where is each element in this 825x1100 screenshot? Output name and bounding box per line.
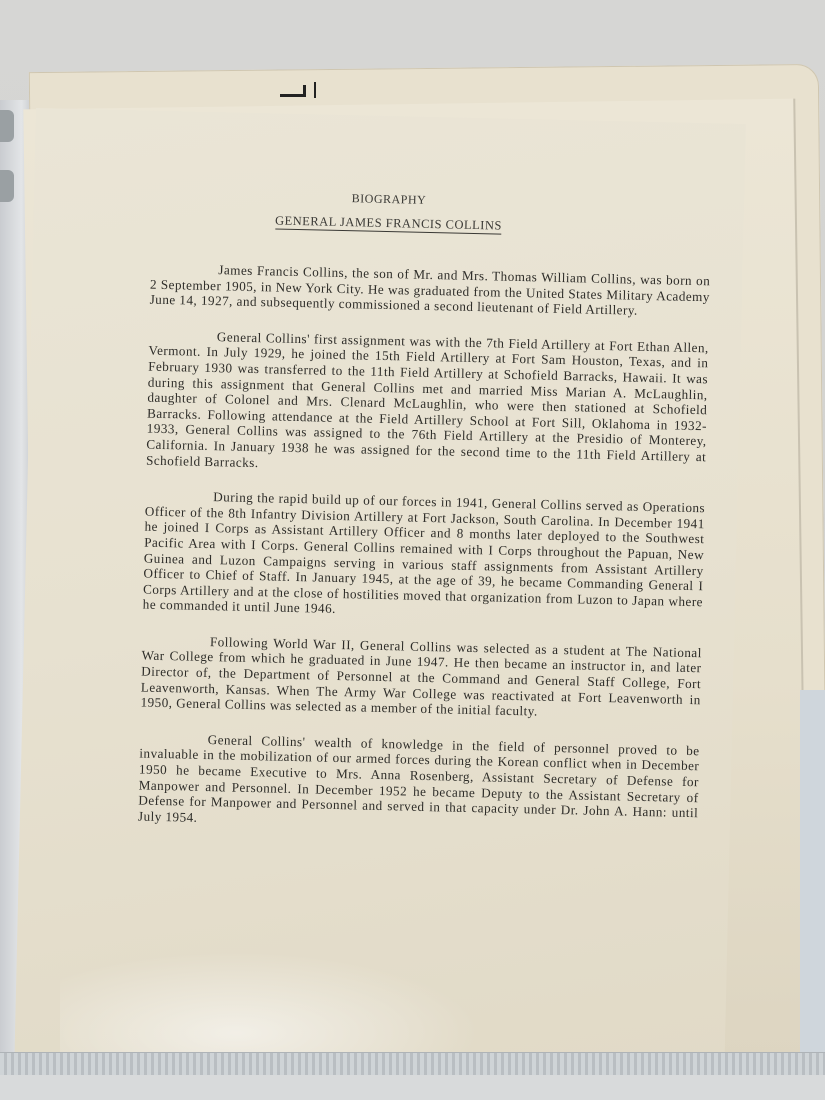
biography-page: BIOGRAPHY GENERAL JAMES FRANCIS COLLINS … <box>15 108 746 1069</box>
paragraph-wwii-service: During the rapid build up of our forces … <box>143 488 706 625</box>
bottom-surface <box>0 1075 825 1100</box>
binder-hole <box>0 110 14 142</box>
subheading-text: GENERAL JAMES FRANCIS COLLINS <box>275 213 502 234</box>
paragraph-personnel-service: General Collins' wealth of knowledge in … <box>138 730 700 836</box>
background-panel <box>800 690 825 1060</box>
corner-mark-icon <box>280 82 306 98</box>
paragraph-postwar-education: Following World War II, General Collins … <box>140 632 702 723</box>
biography-body: James Francis Collins, the son of Mr. an… <box>137 261 710 857</box>
binder-hole <box>0 170 14 202</box>
paragraph-birth-education: James Francis Collins, the son of Mr. an… <box>150 261 711 320</box>
sleeve-seal-edge <box>0 1052 825 1076</box>
paragraph-early-assignments: General Collins' first assignment was wi… <box>146 327 709 480</box>
